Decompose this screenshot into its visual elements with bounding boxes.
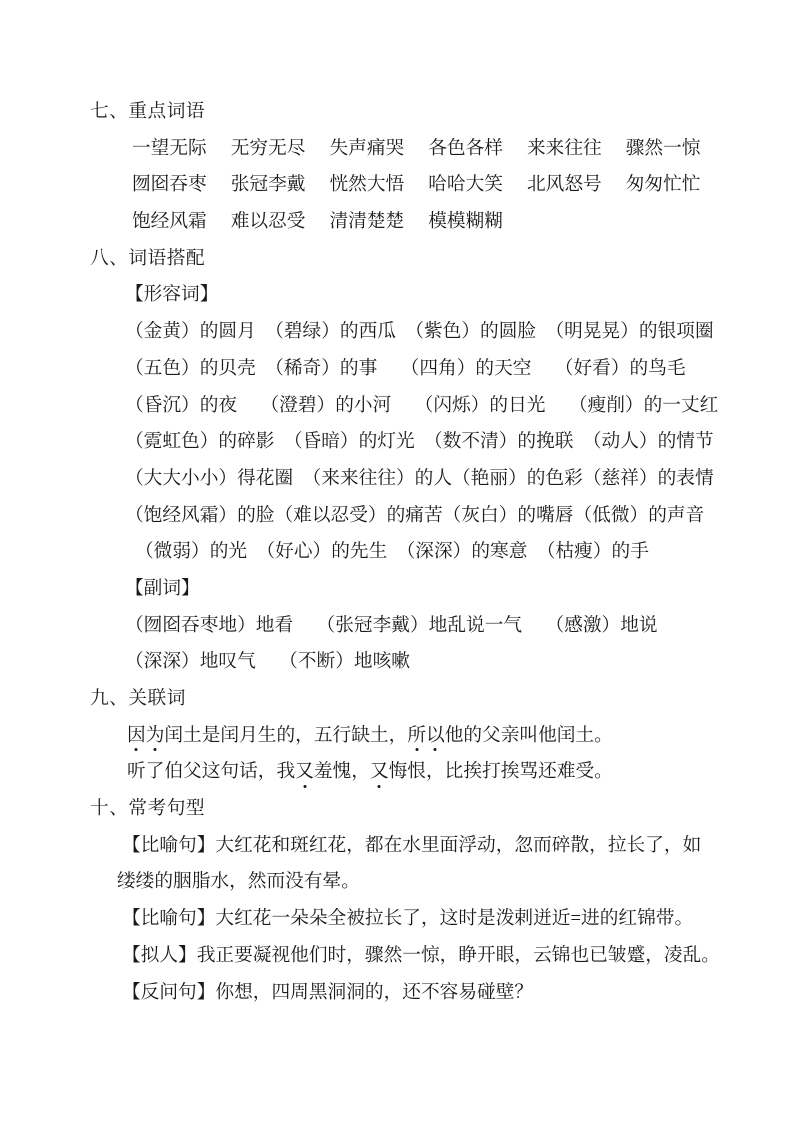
word-item: 无穷无尽	[231, 131, 306, 168]
emphasized-char: 因	[127, 718, 146, 755]
word-item: 饱经风霜	[132, 204, 207, 241]
group-label-adjectives: 【形容词】	[90, 277, 743, 314]
text-line: 【拟人】我正要凝视他们时，骤然一惊，睁开眼，云锦也已皱蹙，凌乱。	[90, 938, 743, 975]
text-line: 【比喻句】大红花一朵朵全被拉长了，这时是泼剌迸近=进的红锦带。	[90, 901, 743, 938]
emphasized-char: 所	[407, 718, 426, 755]
word-item: 哈哈大笑	[428, 167, 503, 204]
example-sentence: 因为闰土是闰月生的，五行缺土，所以他的父亲叫他闰土。	[90, 718, 743, 755]
word-row: 囫囵吞枣张冠李戴恍然大悟哈哈大笑北风怒号匆匆忙忙	[90, 167, 743, 204]
example-sentence: 听了伯父这句话，我又羞愧，又悔恨，比挨打挨骂还难受。	[90, 754, 743, 791]
text-line: （深深）地叹气 （不断）地咳嗽	[90, 644, 743, 681]
word-item: 模模糊糊	[428, 204, 503, 241]
word-item: 各色各样	[428, 131, 503, 168]
word-item: 北风怒号	[527, 167, 602, 204]
word-item: 骤然一惊	[626, 131, 701, 168]
document-page: 七、重点词语 一望无际无穷无尽失声痛哭各色各样来来往往骤然一惊 囫囵吞枣张冠李戴…	[0, 0, 793, 1122]
emphasized-char: 以	[426, 718, 445, 755]
sentence-segment: 悔恨，比挨打挨骂还难受。	[389, 761, 613, 782]
text-line: （昏沉）的夜 （澄碧）的小河 （闪烁）的日光 （瘦削）的一丈红	[90, 388, 743, 425]
text-line: （五色）的贝壳 （稀奇）的事 （四角）的天空 （好看）的鸟毛	[90, 351, 743, 388]
emphasized-char: 又	[370, 754, 389, 791]
text-line: 【比喻句】大红花和斑红花，都在水里面浮动，忽而碎散，拉长了，如	[90, 828, 743, 865]
emphasized-char: 为	[146, 718, 165, 755]
text-line: （饱经风霜）的脸（难以忍受）的痛苦（灰白）的嘴唇（低微）的声音	[90, 498, 743, 535]
word-item: 恍然大悟	[330, 167, 405, 204]
section-key-words: 七、重点词语 一望无际无穷无尽失声痛哭各色各样来来往往骤然一惊 囫囵吞枣张冠李戴…	[90, 94, 743, 241]
text-line: 缕缕的胭脂水，然而没有晕。	[90, 864, 743, 901]
word-item: 囫囵吞枣	[132, 167, 207, 204]
text-line: （囫囵吞枣地）地看 （张冠李戴）地乱说一气 （感激）地说	[90, 608, 743, 645]
text-line: 【反问句】你想，四周黑洞洞的，还不容易碰壁？	[90, 975, 743, 1012]
word-row: 一望无际无穷无尽失声痛哭各色各样来来往往骤然一惊	[90, 131, 743, 168]
word-row: 饱经风霜难以忍受清清楚楚模模糊糊	[90, 204, 743, 241]
word-item: 匆匆忙忙	[626, 167, 701, 204]
word-item: 清清楚楚	[330, 204, 405, 241]
text-line: （金黄）的圆月 （碧绿）的西瓜 （紫色）的圆脸 （明晃晃）的银项圈	[90, 314, 743, 351]
section-collocations: 八、词语搭配 【形容词】 （金黄）的圆月 （碧绿）的西瓜 （紫色）的圆脸 （明晃…	[90, 241, 743, 681]
sentence-segment: 羞愧，	[314, 761, 370, 782]
section-conjunctions: 九、关联词 因为闰土是闰月生的，五行缺土，所以他的父亲叫他闰土。 听了伯父这句话…	[90, 681, 743, 791]
word-item: 来来往往	[527, 131, 602, 168]
text-line: （大大小小）得花圈 （来来往往）的人（艳丽）的色彩（慈祥）的表情	[90, 461, 743, 498]
text-line: （霓虹色）的碎影 （昏暗）的灯光 （数不清）的挽联 （动人）的情节	[90, 424, 743, 461]
word-item: 失声痛哭	[330, 131, 405, 168]
section-sentence-patterns: 十、常考句型 【比喻句】大红花和斑红花，都在水里面浮动，忽而碎散，拉长了，如 缕…	[90, 791, 743, 1011]
word-item: 张冠李戴	[231, 167, 306, 204]
sentence-segment: 闰土是闰月生的，五行缺土，	[164, 725, 407, 746]
section-heading: 十、常考句型	[90, 791, 743, 828]
section-heading: 八、词语搭配	[90, 241, 743, 278]
sentence-segment: 他的父亲叫他闰土。	[445, 725, 613, 746]
emphasized-char: 又	[295, 754, 314, 791]
word-item: 一望无际	[132, 131, 207, 168]
section-heading: 七、重点词语	[90, 94, 743, 131]
word-item: 难以忍受	[231, 204, 306, 241]
group-label-adverbs: 【副词】	[90, 571, 743, 608]
text-line: （微弱）的光 （好心）的先生 （深深）的寒意 （枯瘦）的手	[90, 534, 743, 571]
section-heading: 九、关联词	[90, 681, 743, 718]
sentence-segment: 听了伯父这句话，我	[127, 761, 295, 782]
